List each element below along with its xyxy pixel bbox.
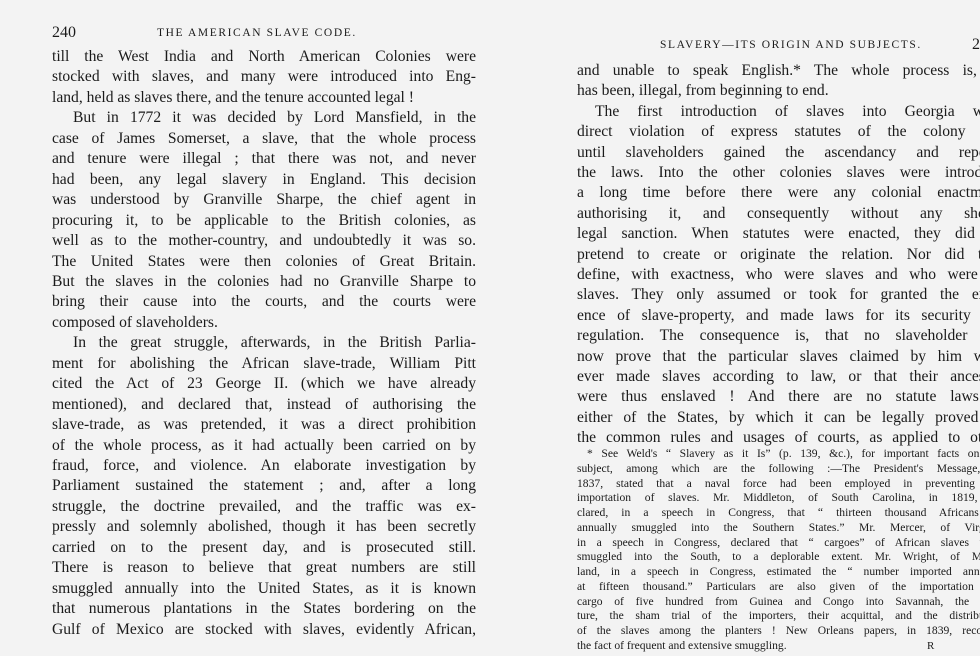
text-line: either of the States, by which it can be… xyxy=(577,408,980,428)
text-line: But the slaves in the colonies had no Gr… xyxy=(52,272,476,292)
text-line: in a speech in Congress, declared that “… xyxy=(577,535,980,551)
text-line: was understood by Granville Sharpe, the … xyxy=(52,190,476,210)
text-line: smuggled annually into the United States… xyxy=(52,579,476,599)
text-line: annually smuggled into the Southern Stat… xyxy=(577,520,980,536)
text-line: composed of slaveholders. xyxy=(52,313,476,333)
text-line: land, held as slaves there, and the tenu… xyxy=(52,88,476,108)
text-line: a long time before there were any coloni… xyxy=(577,183,980,203)
page-number: 240 xyxy=(52,24,76,42)
text-line: In the great struggle, afterwards, in th… xyxy=(73,333,476,353)
text-line: now prove that the particular slaves cla… xyxy=(577,347,980,367)
text-line: The United States were then colonies of … xyxy=(52,252,476,272)
text-line: pretend to create or originate the relat… xyxy=(577,245,980,265)
text-line: direct violation of express statutes of … xyxy=(577,122,980,142)
text-line: authorising it, and consequently without… xyxy=(577,204,980,224)
left-page: 240 THE AMERICAN SLAVE CODE. till the We… xyxy=(0,0,520,656)
text-line: and tenure were illegal ; that there was… xyxy=(52,149,476,169)
right-page: SLAVERY—ITS ORIGIN AND SUBJECTS. 2 and u… xyxy=(520,0,980,656)
text-line: ment for abolishing the African slave-tr… xyxy=(52,354,476,374)
text-line: smuggled into the South, to a deplorable… xyxy=(577,549,980,565)
text-line: slaves. They only assumed or took for gr… xyxy=(577,285,980,305)
text-line: There is reason to believe that great nu… xyxy=(52,558,476,578)
text-line: The first introduction of slaves into Ge… xyxy=(595,102,980,122)
text-line: * See Weld's “ Slavery as it Is” (p. 139… xyxy=(587,446,980,462)
text-line: ture, the sham trial of the importers, t… xyxy=(577,608,980,624)
text-line: cited the Act of 23 George II. (which we… xyxy=(52,374,476,394)
text-line: that numerous plantations in the States … xyxy=(52,599,476,619)
text-line: pressly and solemnly abolished, though i… xyxy=(52,517,476,537)
text-line: had been, any legal slavery in England. … xyxy=(52,170,476,190)
signature-mark: R xyxy=(927,640,934,652)
text-line: 1837, stated that a naval force had been… xyxy=(577,476,980,492)
text-line: But in 1772 it was decided by Lord Mansf… xyxy=(73,108,476,128)
text-line: stocked with slaves, and many were intro… xyxy=(52,67,476,87)
text-line: subject, among which are the following :… xyxy=(577,461,980,477)
text-line: of the slaves among the planters ! New O… xyxy=(577,623,980,639)
text-line: importation of slaves. Mr. Middleton, of… xyxy=(577,490,980,506)
running-head: SLAVERY—ITS ORIGIN AND SUBJECTS. xyxy=(660,39,922,51)
text-line: cargo of five hundred from Guinea and Co… xyxy=(577,594,980,610)
text-line: carried on to the present day, and is pr… xyxy=(52,538,476,558)
text-line: till the West India and North American C… xyxy=(52,47,476,67)
text-line: regulation. The consequence is, that no … xyxy=(577,326,980,346)
text-line: ence of slave-property, and made laws fo… xyxy=(577,306,980,326)
text-line: were thus enslaved ! And there are no st… xyxy=(577,387,980,407)
text-line: the laws. Into the other colonies slaves… xyxy=(577,163,980,183)
text-line: and unable to speak English.* The whole … xyxy=(577,61,980,81)
text-line: land, in a speech in Congress, estimated… xyxy=(577,564,980,580)
text-line: mentioned), and declared that, instead o… xyxy=(52,395,476,415)
text-line: has been, illegal, from beginning to end… xyxy=(577,81,980,101)
text-line: struggle, the doctrine prevailed, and th… xyxy=(52,497,476,517)
text-line: fraud, force, and violence. An elaborate… xyxy=(52,456,476,476)
page-number: 2 xyxy=(972,36,980,54)
text-line: bring their cause into the courts, and t… xyxy=(52,292,476,312)
text-line: define, with exactness, who were slaves … xyxy=(577,265,980,285)
text-line: Parliament sustained the statement ; and… xyxy=(52,476,476,496)
text-line: at fifteen thousand.” Particulars are al… xyxy=(577,579,980,595)
text-line: clared, in a speech in Congress, that “ … xyxy=(577,505,980,521)
text-line: Gulf of Mexico are stocked with slaves, … xyxy=(52,620,476,640)
text-line: legal sanction. When statutes were enact… xyxy=(577,224,980,244)
text-line: case of James Somerset, a slave, that th… xyxy=(52,129,476,149)
text-line: well as to the mother-country, and undou… xyxy=(52,231,476,251)
text-line: procuring it, to be applicable to the Br… xyxy=(52,211,476,231)
text-line: ever made slaves according to law, or th… xyxy=(577,367,980,387)
text-line: the fact of frequent and extensive smugg… xyxy=(577,638,980,654)
text-line: until slaveholders gained the ascendancy… xyxy=(577,143,980,163)
text-line: of the whole process, as it had actually… xyxy=(52,436,476,456)
text-line: slave-trade, as was pretended, it was a … xyxy=(52,415,476,435)
running-head: THE AMERICAN SLAVE CODE. xyxy=(157,27,357,39)
